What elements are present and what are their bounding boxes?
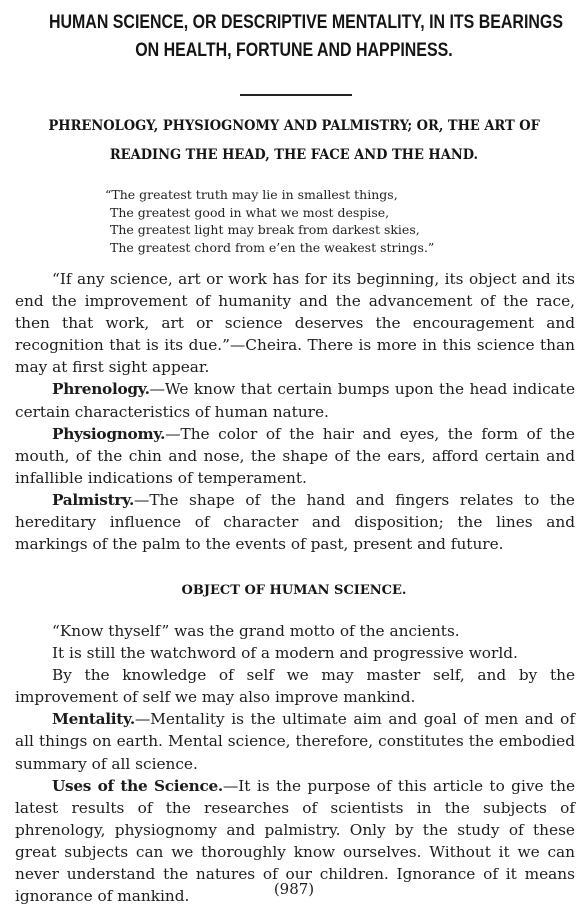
section-paragraph: By the knowledge of self we may master s… xyxy=(15,664,575,708)
intro-body: “If any science, art or work has for its… xyxy=(15,268,575,555)
subtitle-line-1: PHRENOLOGY, PHYSIOGNOMY AND PALMISTRY; O… xyxy=(0,118,588,134)
definition-palmistry: Palmistry.—The shape of the hand and fin… xyxy=(15,489,575,555)
epigraph: “The greatest truth may lie in smallest … xyxy=(110,186,530,256)
page-title-line-2: ON HEALTH, FORTUNE AND HAPPINESS. xyxy=(0,40,588,62)
intro-text: “If any science, art or work has for its… xyxy=(15,270,575,376)
epigraph-line: The greatest chord from e’en the weakest… xyxy=(110,239,530,257)
definition-term: Palmistry. xyxy=(52,491,134,509)
title-text-1: HUMAN SCIENCE, OR DESCRIPTIVE MENTALITY,… xyxy=(49,12,563,34)
definition-mentality: Mentality.—Mentality is the ultimate aim… xyxy=(15,708,575,774)
paragraph-text: By the knowledge of self we may master s… xyxy=(15,666,575,706)
epigraph-line: The greatest good in what we most despis… xyxy=(110,204,530,222)
section-body: “Know thyself” was the grand motto of th… xyxy=(15,620,575,905)
section-heading: OBJECT OF HUMAN SCIENCE. xyxy=(0,583,588,598)
section-heading-text: OBJECT OF HUMAN SCIENCE. xyxy=(182,583,407,598)
definition-term: Phrenology. xyxy=(52,380,150,398)
section-paragraph: It is still the watchword of a modern an… xyxy=(15,642,575,664)
epigraph-line: The greatest light may break from darkes… xyxy=(110,221,530,239)
page-title-line-1: HUMAN SCIENCE, OR DESCRIPTIVE MENTALITY,… xyxy=(0,12,588,34)
epigraph-line: “The greatest truth may lie in smallest … xyxy=(105,186,530,204)
subtitle-text-1: PHRENOLOGY, PHYSIOGNOMY AND PALMISTRY; O… xyxy=(48,118,539,134)
definition-term: Mentality. xyxy=(52,710,135,728)
definition-term: Uses of the Science. xyxy=(52,777,223,795)
paragraph-text: “Know thyself” was the grand motto of th… xyxy=(52,622,460,640)
section-paragraph: “Know thyself” was the grand motto of th… xyxy=(15,620,575,642)
divider-rule xyxy=(240,94,352,96)
definition-phrenology: Phrenology.—We know that certain bumps u… xyxy=(15,378,575,422)
title-text-2: ON HEALTH, FORTUNE AND HAPPINESS. xyxy=(135,40,452,62)
paragraph-text: It is still the watchword of a modern an… xyxy=(52,644,518,662)
subtitle-line-2: READING THE HEAD, THE FACE AND THE HAND. xyxy=(0,147,588,163)
subtitle-text-2: READING THE HEAD, THE FACE AND THE HAND. xyxy=(110,147,478,163)
definition-term: Physiognomy. xyxy=(52,425,165,443)
document-page: HUMAN SCIENCE, OR DESCRIPTIVE MENTALITY,… xyxy=(0,0,588,905)
page-number: (987) xyxy=(0,880,588,898)
definition-physiognomy: Physiognomy.—The color of the hair and e… xyxy=(15,423,575,489)
intro-paragraph: “If any science, art or work has for its… xyxy=(15,268,575,378)
